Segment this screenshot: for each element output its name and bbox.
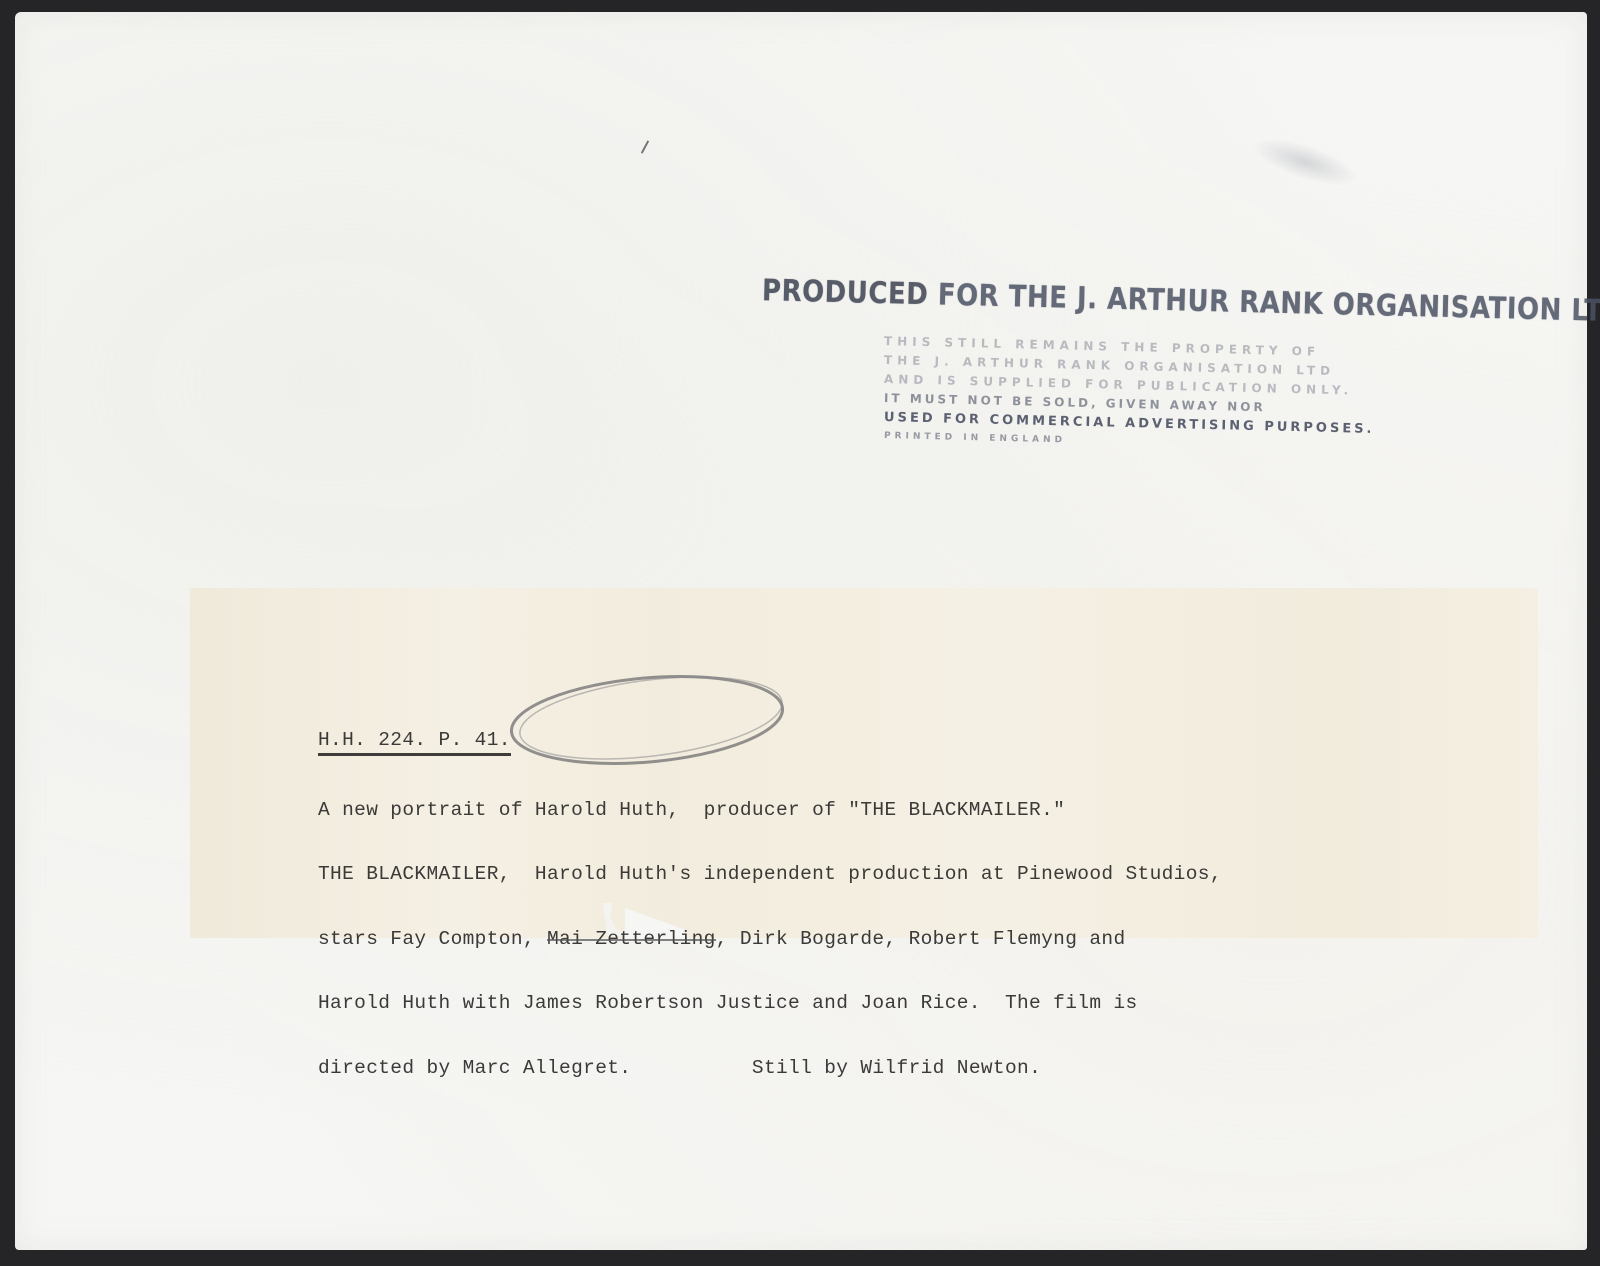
caption-line: Harold Huth with James Robertson Justice… bbox=[318, 993, 1222, 1015]
struck-name: Mai Zetterling bbox=[547, 928, 716, 950]
caption-line: directed by Marc Allegret. Still by Wilf… bbox=[318, 1058, 1222, 1080]
photo-frame: PRODUCED FOR THE J. ARTHUR RANK ORGANISA… bbox=[0, 0, 1600, 1266]
stamp-headline-bold: PRODUCED bbox=[762, 274, 929, 313]
caption-line: stars Fay Compton, Mai Zetterling, Dirk … bbox=[318, 929, 1222, 951]
caption-line: A new portrait of Harold Huth, producer … bbox=[318, 800, 1222, 822]
stamp-body: THIS STILL REMAINS THE PROPERTY OF THE J… bbox=[884, 332, 1324, 446]
rank-organisation-stamp: PRODUCED FOR THE J. ARTHUR RANK ORGANISA… bbox=[762, 276, 1442, 306]
reference-number: H.H. 224. P. 41. bbox=[318, 730, 511, 756]
typed-caption: H.H. 224. P. 41. A new portrait of Harol… bbox=[318, 687, 1222, 1122]
photo-credit: Still by Wilfrid Newton. bbox=[752, 1057, 1041, 1079]
caption-line: THE BLACKMAILER, Harold Huth's independe… bbox=[318, 864, 1222, 886]
